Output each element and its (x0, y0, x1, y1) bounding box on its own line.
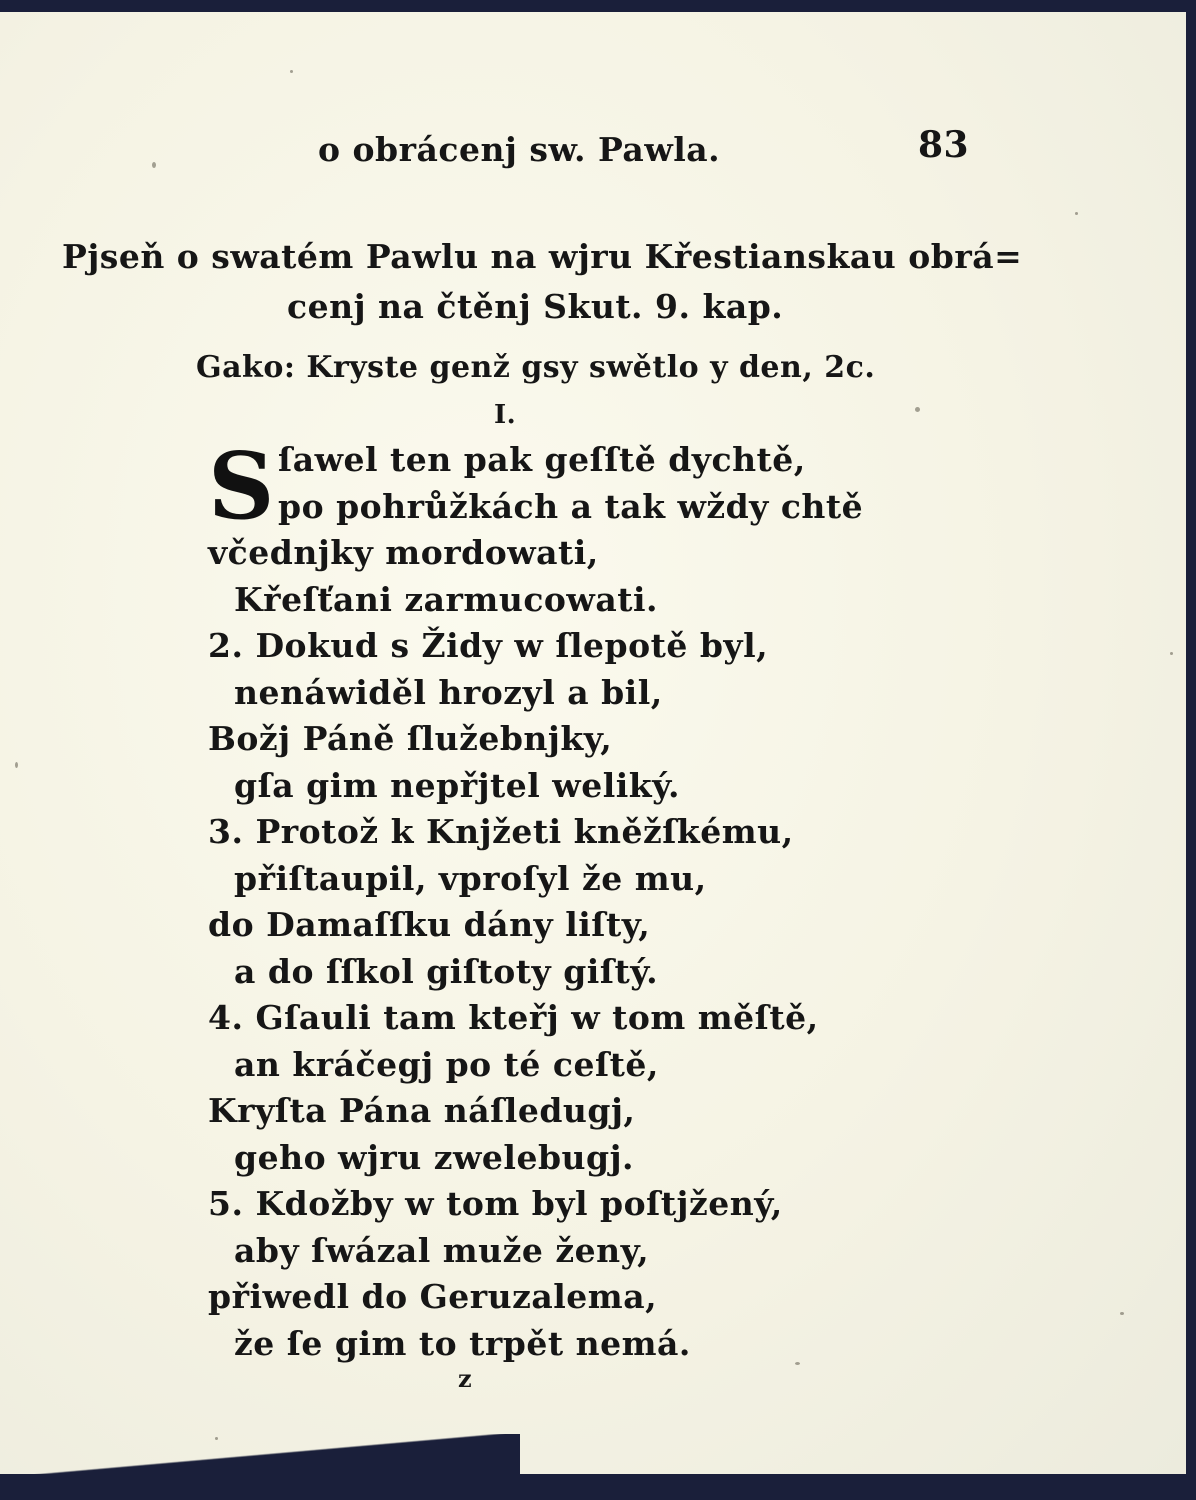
stanza-5: 5. Kdožby w tom byl poſtjžený, aby ſwáza… (208, 1181, 928, 1367)
stanza-3: 3. Protož k Knjžeti kněžſkému, přiſtaupi… (208, 809, 928, 995)
verse-line: přiſtaupil, vproſyl že mu, (208, 856, 928, 903)
verse-line: an kráčegj po té ceſtě, (208, 1042, 928, 1089)
paper-speck (1075, 212, 1078, 215)
stanza-1: S ſawel ten pak geſſtě dychtě, po pohrůž… (208, 437, 928, 623)
paper-speck (152, 162, 156, 168)
melody-indication: Gako: Kryste genž gsy swětlo y den, 2c. (196, 350, 875, 385)
verse-line: a do ſſkol giſtoty giſtý. (208, 949, 928, 996)
hymn-title-line-1: Pjseň o swatém Pawlu na wjru Křestianska… (62, 232, 962, 282)
paper-speck (215, 1437, 218, 1440)
stanza-4: 4. Gſauli tam kteřj w tom měſtě, an kráč… (208, 995, 928, 1181)
catchword: z (458, 1364, 472, 1393)
paper-speck (795, 1362, 800, 1365)
verse-line: 3. Protož k Knjžeti kněžſkému, (208, 809, 928, 856)
verse-line: přiwedl do Geruzalema, (208, 1274, 928, 1321)
verse-line: včednjky mordowati, (208, 530, 928, 577)
paper-speck (915, 407, 920, 412)
verse-line: aby ſwázal muže ženy, (208, 1228, 928, 1275)
verse-line: Křeſťani zarmucowati. (208, 577, 928, 624)
hymn-text: S ſawel ten pak geſſtě dychtě, po pohrůž… (208, 437, 928, 1367)
drop-cap: S (208, 443, 275, 529)
paper-speck (1120, 1312, 1124, 1315)
verse-line: 5. Kdožby w tom byl poſtjžený, (208, 1181, 928, 1228)
running-head: o obrácenj sw. Pawla. (318, 130, 720, 169)
verse-line: geho wjru zwelebugj. (208, 1135, 928, 1182)
paper-speck (15, 762, 18, 768)
verse-mark: I. (494, 400, 516, 430)
verse-line: po pohrůžkách a tak wždy chtě (208, 484, 928, 531)
verse-line: Božj Páně ſlužebnjky, (208, 716, 928, 763)
scan-background: o obrácenj sw. Pawla. 83 Pjseň o swatém … (0, 0, 1196, 1500)
verse-line: Kryſta Pána náſledugj, (208, 1088, 928, 1135)
verse-line: gſa gim nepřjtel weliký. (208, 763, 928, 810)
stanza-2: 2. Dokud s Židy w ſlepotě byl, nenáwiděl… (208, 623, 928, 809)
verse-line: ſawel ten pak geſſtě dychtě, (208, 437, 928, 484)
verse-line: do Damaſſku dány liſty, (208, 902, 928, 949)
hymn-title: Pjseň o swatém Pawlu na wjru Křestianska… (62, 232, 962, 332)
paper-speck (290, 70, 293, 73)
verse-line: 4. Gſauli tam kteřj w tom měſtě, (208, 995, 928, 1042)
hymn-title-line-2: cenj na čtěnj Skut. 9. kap. (62, 282, 962, 332)
book-page: o obrácenj sw. Pawla. 83 Pjseň o swatém … (0, 12, 1186, 1474)
paper-speck (1170, 652, 1173, 655)
verse-line: 2. Dokud s Židy w ſlepotě byl, (208, 623, 928, 670)
verse-line: nenáwiděl hrozyl a bil, (208, 670, 928, 717)
page-number: 83 (918, 124, 969, 166)
verse-line: že ſe gim to trpět nemá. (208, 1321, 928, 1368)
